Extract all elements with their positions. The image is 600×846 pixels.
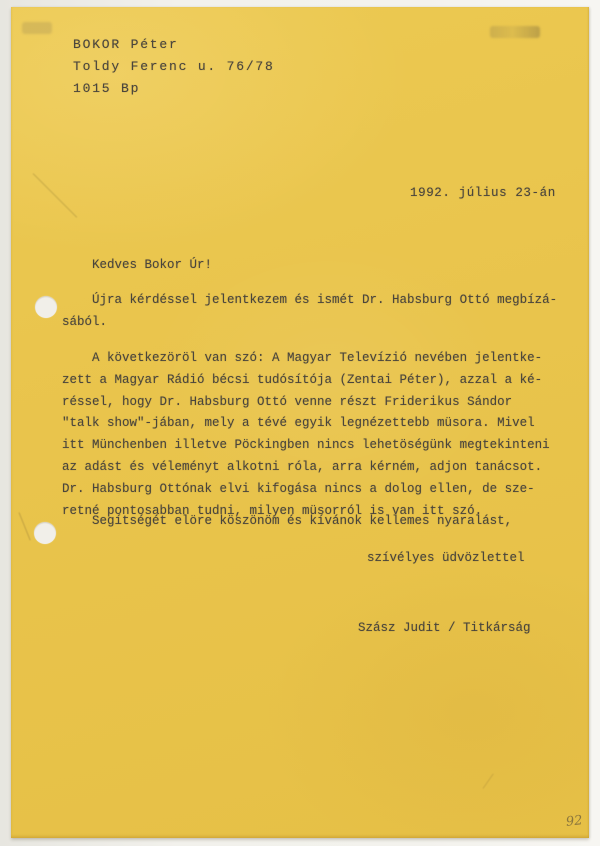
smudge-mark-top-left	[22, 22, 52, 34]
letter-date: 1992. július 23-án	[410, 183, 556, 205]
paper-crease-mid-left	[19, 512, 31, 540]
letter-page: BOKOR Péter Toldy Ferenc u. 76/78 1015 B…	[11, 7, 589, 838]
stamp-smudge-top-right	[490, 26, 540, 38]
paragraph-main: A következöröl van szó: A Magyar Televíz…	[62, 348, 550, 522]
salutation: Kedves Bokor Úr!	[62, 255, 212, 277]
closing-phrase: szívélyes üdvözlettel	[367, 548, 525, 570]
paragraph-intro: Újra kérdéssel jelentkezem és ismét Dr. …	[62, 290, 557, 334]
paper-crease-bottom-right	[483, 773, 494, 788]
scan-background: BOKOR Péter Toldy Ferenc u. 76/78 1015 B…	[0, 0, 600, 846]
paragraph-thanks: Segítségét elöre köszönöm és kívánok kel…	[62, 511, 512, 533]
sender-address: BOKOR Péter Toldy Ferenc u. 76/78 1015 B…	[73, 34, 275, 100]
handwritten-page-number: 92	[565, 813, 583, 830]
paper-crease-upper-left	[33, 173, 78, 218]
punch-hole-bottom	[34, 522, 56, 544]
signature-line: Szász Judit / Titkárság	[358, 618, 531, 640]
punch-hole-top	[35, 296, 57, 318]
